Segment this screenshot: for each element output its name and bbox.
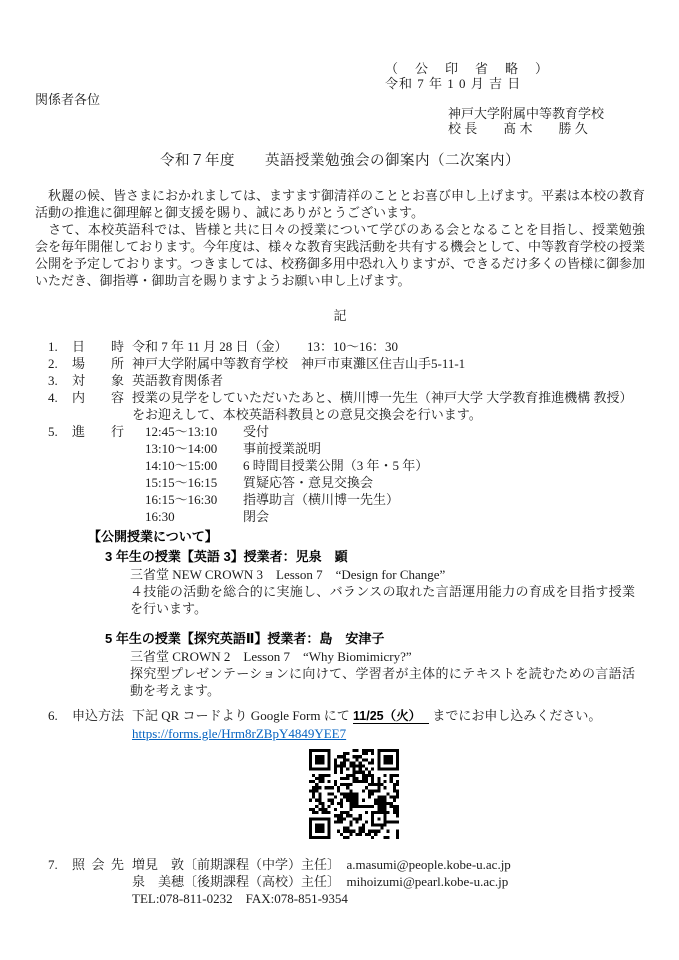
item-number: 3. [48,372,64,389]
item-place: 2. 場所 神戸大学附属中等教育学校 神戸市東灘区住吉山手5-11-1 [48,355,645,372]
contact-details: 増見 敦〔前期課程（中学）主任〕 a.masumi@people.kobe-u.… [132,856,645,907]
schedule-activity: 6 時間目授業公開（3 年・5 年） [243,457,645,474]
detail-list: 1. 日時 令和 7 年 11 月 28 日（金） 13：10～16：30 2.… [48,338,645,525]
item-label-place: 場所 [72,355,124,372]
schedule-time: 14:10～15:00 [145,457,225,474]
application-section: 6. 申込方法 下記 QR コードより Google Form にて 11/25… [48,707,645,839]
application-text-pre: 下記 QR コードより Google Form にて [132,708,353,723]
grade3-description: ４技能の活動を総合的に実施し、バランスの取れた言語運用能力の育成を目指す授業を行… [130,583,635,617]
application-text-post: までにお申し込みください。 [429,708,601,723]
application-deadline: 11/25（火） [353,709,429,724]
document-page: （ 公 印 省 略 ） 令和 7 年 1 0 月 吉 日 関係者各位 神戸大学附… [0,0,679,960]
contact-person-2: 泉 美穂〔後期課程（高校）主任〕 mihoizumi@pearl.kobe-u.… [132,873,645,890]
contact-tel-fax: TEL:078-811-0232 FAX:078-851-9354 [132,890,645,907]
schedule-time: 16:15～16:30 [145,491,225,508]
item-number: 4. [48,389,64,406]
item-value-audience: 英語教育関係者 [132,372,645,389]
item-value-content: 授業の見学をしていただいたあと、横川博一先生（神戸大学 大学教育推進機構 教授）… [132,389,645,423]
item-value-datetime: 令和 7 年 11 月 28 日（金） 13：10～16：30 [132,338,645,355]
schedule-activity: 事前授業説明 [243,440,645,457]
application-instructions: 下記 QR コードより Google Form にて 11/25（火） までにお… [132,707,645,742]
schedule-activity: 質疑応答・意見交換会 [243,474,645,491]
greeting-paragraph-1: 秋麗の候、皆さまにおかれましては、ますます御清祥のこととお喜び申し上げます。平素… [35,187,645,221]
schedule-activity: 受付 [243,423,645,440]
open-class-section: 【公開授業について】 3 年生の授業【英語 3】授業者：児泉 顕 三省堂 NEW… [35,528,645,699]
item-label-program: 進行 [72,423,124,440]
grade5-textbook: 三省堂 CROWN 2 Lesson 7 “Why Biomimicry?” [130,648,635,665]
recipient: 関係者各位 [35,93,645,108]
greeting-paragraph-2: さて、本校英語科では、皆様と共に日々の授業について学びのある会となることを目指し… [35,221,645,289]
item-label-datetime: 日時 [72,338,124,355]
record-marker: 記 [35,307,645,325]
item-number: 7. [48,856,64,873]
item-content: 4. 内容 授業の見学をしていただいたあと、横川博一先生（神戸大学 大学教育推進… [48,389,645,423]
qr-code-image [309,749,399,839]
item-label-audience: 対象 [72,372,124,389]
grade3-textbook: 三省堂 NEW CROWN 3 Lesson 7 “Design for Cha… [130,566,635,583]
item-contact: 7. 照会先 増見 敦〔前期課程（中学）主任〕 a.masumi@people.… [48,856,645,907]
item-label-application: 申込方法 [72,707,124,724]
sender-principal: 校 長 髙 木 勝 久 [448,122,645,137]
open-class-grade3: 3 年生の授業【英語 3】授業者：児泉 顕 三省堂 NEW CROWN 3 Le… [105,548,645,617]
google-form-link[interactable]: https://forms.gle/Hrm8rZBpY4849YEE7 [132,726,346,741]
sender-school-name: 神戸大学附属中等教育学校 [448,107,645,122]
item-program: 5. 進行 12:45～13:10 受付 13:10～14:00 事前授業説明 … [48,423,645,525]
document-title: 令和７年度 英語授業勉強会の御案内（二次案内） [35,151,645,171]
item-value-place: 神戸大学附属中等教育学校 神戸市東灘区住吉山手5-11-1 [132,355,645,372]
schedule-time: 15:15～16:15 [145,474,225,491]
contact-person-1: 増見 敦〔前期課程（中学）主任〕 a.masumi@people.kobe-u.… [132,856,645,873]
issue-date: 令和 7 年 1 0 月 吉 日 [385,77,645,92]
item-number: 6. [48,707,64,724]
open-class-heading: 【公開授業について】 [88,528,645,546]
schedule-activity: 指導助言（横川博一先生） [243,491,645,508]
seal-omitted-note: （ 公 印 省 略 ） [385,62,645,77]
greeting-paragraphs: 秋麗の候、皆さまにおかれましては、ますます御清祥のこととお喜び申し上げます。平素… [35,187,645,289]
qr-code [309,749,399,839]
schedule-time: 13:10～14:00 [145,440,225,457]
item-application: 6. 申込方法 下記 QR コードより Google Form にて 11/25… [48,707,645,742]
item-number: 5. [48,423,64,440]
item-number: 2. [48,355,64,372]
grade3-class-header: 3 年生の授業【英語 3】授業者：児泉 顕 [105,548,645,566]
program-schedule: 12:45～13:10 受付 13:10～14:00 事前授業説明 14:10～… [145,423,645,525]
item-datetime: 1. 日時 令和 7 年 11 月 28 日（金） 13：10～16：30 [48,338,645,355]
open-class-grade5: 5 年生の授業【探究英語Ⅱ】授業者：島 安津子 三省堂 CROWN 2 Less… [105,630,645,699]
item-label-contact: 照会先 [72,856,124,873]
contact-section: 7. 照会先 増見 敦〔前期課程（中学）主任〕 a.masumi@people.… [48,856,645,907]
item-number: 1. [48,338,64,355]
schedule-time: 16:30 [145,508,225,525]
item-label-content: 内容 [72,389,124,406]
schedule-time: 12:45～13:10 [145,423,225,440]
grade5-class-header: 5 年生の授業【探究英語Ⅱ】授業者：島 安津子 [105,630,645,648]
schedule-activity: 閉会 [243,508,645,525]
grade5-description: 探究型プレゼンテーションに向けて、学習者が主体的にテキストを読むための言語活動を… [130,665,635,699]
item-audience: 3. 対象 英語教育関係者 [48,372,645,389]
